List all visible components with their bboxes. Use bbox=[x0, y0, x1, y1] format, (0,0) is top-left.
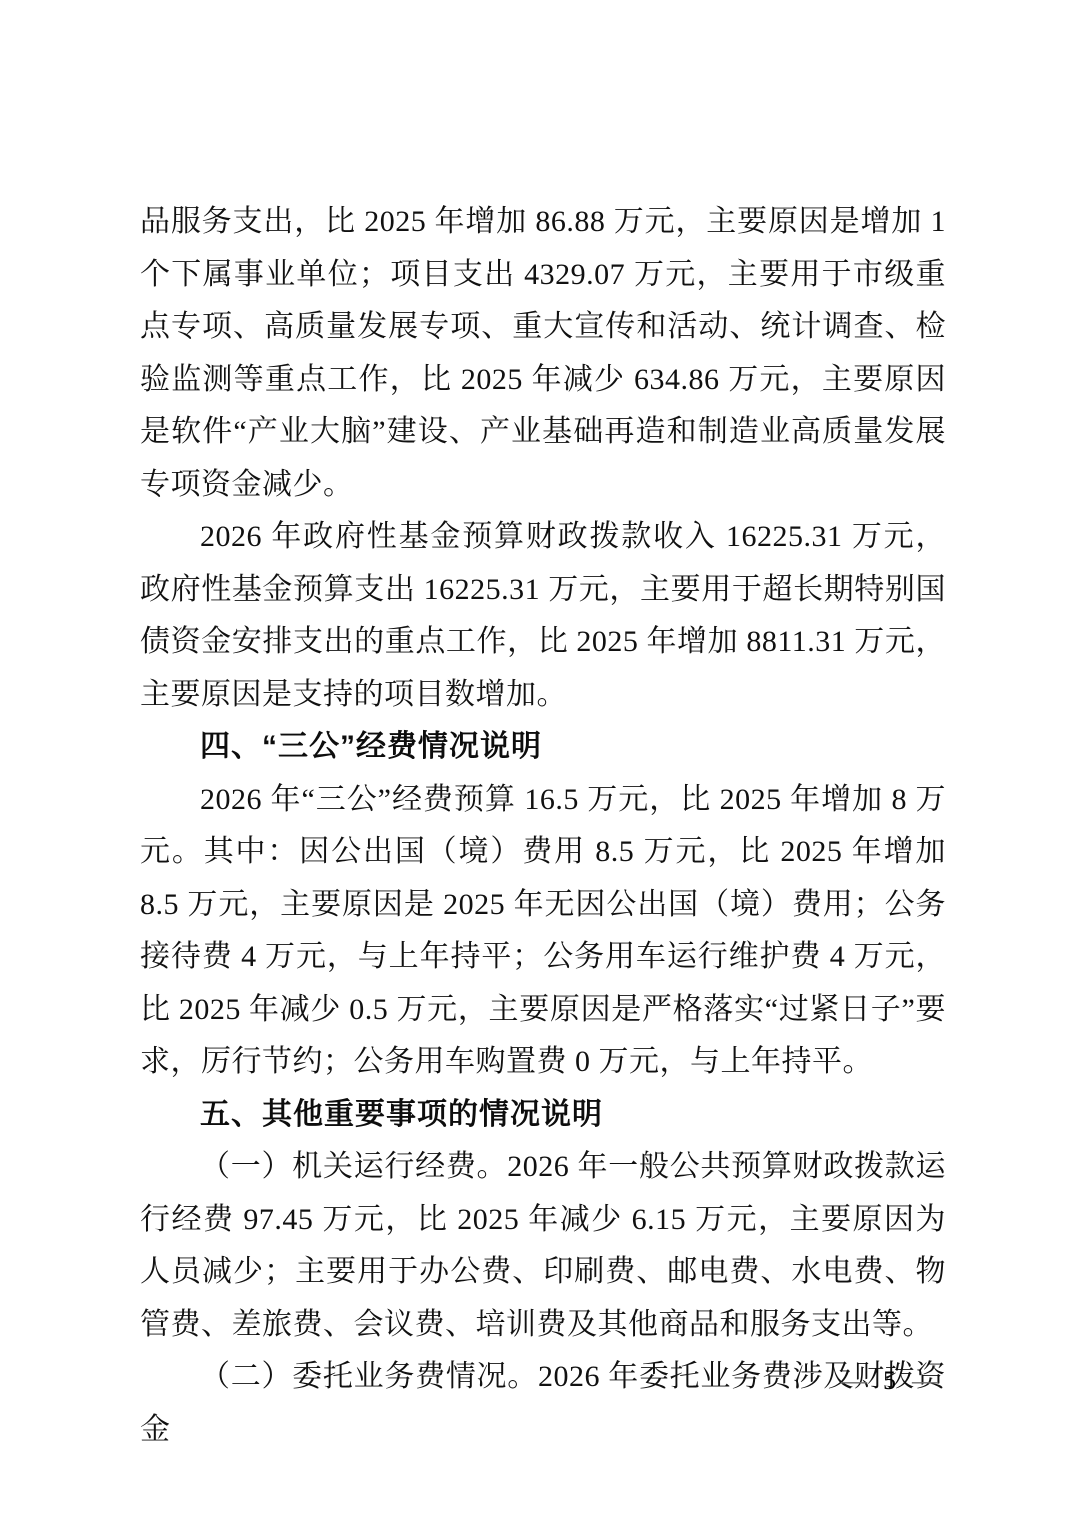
document-body: 品服务支出，比 2025 年增加 86.88 万元，主要原因是增加 1 个下属事… bbox=[140, 196, 946, 1456]
section-heading-four-three-public-funds: 四、“三公”经费情况说明 bbox=[140, 721, 946, 774]
page-number-dash-right: — bbox=[912, 1366, 938, 1395]
paragraph-carryover-basic-expenditure: 品服务支出，比 2025 年增加 86.88 万元，主要原因是增加 1 个下属事… bbox=[140, 196, 946, 511]
subheading-entrusted-business-fee: （二）委托业务费情况。 bbox=[200, 1360, 538, 1393]
paragraph-three-public-funds-detail: 2026 年“三公”经费预算 16.5 万元，比 2025 年增加 8 万元。其… bbox=[140, 774, 946, 1089]
paragraph-agency-operating-expense: （一）机关运行经费。2026 年一般公共预算财政拨款运行经费 97.45 万元，… bbox=[140, 1141, 946, 1351]
paragraph-government-fund-budget: 2026 年政府性基金预算财政拨款收入 16225.31 万元，政府性基金预算支… bbox=[140, 511, 946, 721]
document-page: 品服务支出，比 2025 年增加 86.88 万元，主要原因是增加 1 个下属事… bbox=[0, 0, 1074, 1520]
subheading-agency-operating-expense: （一）机关运行经费。 bbox=[200, 1150, 507, 1183]
page-number-value: 5 bbox=[883, 1366, 896, 1395]
page-number-dash-left: — bbox=[841, 1366, 867, 1395]
paragraph-entrusted-business-fee: （二）委托业务费情况。2026 年委托业务费涉及财拨资金 bbox=[140, 1351, 946, 1456]
section-heading-five-other-important-matters: 五、其他重要事项的情况说明 bbox=[140, 1089, 946, 1142]
page-number: —5— bbox=[841, 1366, 938, 1396]
